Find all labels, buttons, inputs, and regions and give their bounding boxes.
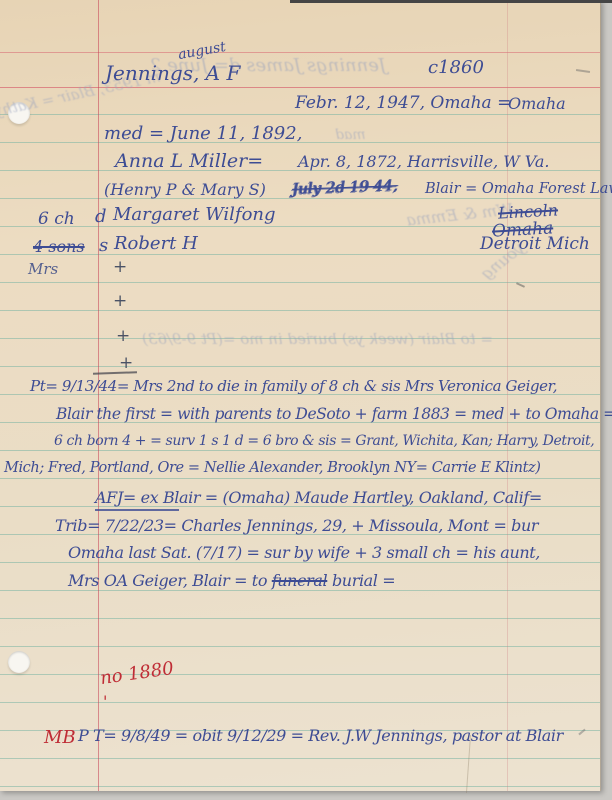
birth-circa: c1860 [428,58,484,78]
scan-edge-shadow [290,0,612,3]
obit-line: P T= 9/8/49 = obit 9/12/29 = Rev. J.W Je… [78,727,563,745]
notes-line-2: Blair the first = with parents to DeSoto… [56,406,612,423]
notes-line-6: Trib= 7/22/23= Charles Jennings, 29, + M… [55,517,538,535]
death-date-line: Febr. 12, 1947, Omaha = [295,94,511,113]
bleedthrough-mid-small: mad [335,128,366,143]
notes-line-3: 6 ch born 4 + = surv 1 s 1 d = 6 bro & s… [54,434,594,449]
plus-mark-3: + [116,327,130,346]
son-place: Detroit Mich [480,235,590,254]
plus-mark-4: + [119,354,133,373]
spouse-burial-line: Blair = Omaha Forest Lawn [425,182,612,198]
death-place-right: Omaha [508,95,566,113]
sons-note-struck: 4 sons [33,238,85,256]
underline-mark-afj [95,509,179,511]
plus-mark-2: + [113,292,127,311]
margin-note-mrs: Mrs [28,261,58,278]
spouse-name: Anna L Miller= [115,151,263,172]
son-prefix: s [99,236,108,256]
daughter-prefix: d [95,207,107,227]
spouse-parents: (Henry P & Mary S) [104,181,266,199]
spouse-birth-line: Apr. 8, 1872, Harrisville, W Va. [298,153,550,171]
notes-line-8-struck-word: funeral [272,571,328,590]
plus-mark-1: + [113,258,127,277]
son-name: Robert H [114,234,198,254]
scanned-document: Jennings James d= June 2 m 1953, Blair =… [0,0,612,800]
red-tick-mark: ' [103,693,107,711]
notes-line-8-prefix: Mrs OA Geiger, Blair = to [68,571,267,590]
spouse-death-overwritten: July 2d 19 44, [292,177,398,197]
head-rule-top [0,52,600,53]
punch-hole-bottom [8,651,30,673]
notes-line-8: Mrs OA Geiger, Blair = to funeral burial… [68,572,395,590]
initials-red: MB [44,728,76,748]
bleedthrough-center-line: = to Blair (week ys) buried in mo =(Pt 9… [142,331,493,348]
right-margin-line [507,0,508,791]
daughter-name: Margaret Wilfong [113,205,276,225]
notes-line-7: Omaha last Sat. (7/17) = sur by wife + 3… [68,544,540,562]
marriage-date-line: med = June 11, 1892, [104,124,302,144]
surname-entry: Jennings, A F [105,62,240,84]
notes-line-5: AFJ= ex Blair = (Omaha) Maude Hartley, O… [95,489,542,507]
children-count: 6 ch [38,210,75,229]
notes-line-4: Mich; Fred, Portland, Ore = Nellie Alexa… [4,461,541,477]
notes-line-1: Pt= 9/13/44= Mrs 2nd to die in family of… [30,378,557,395]
notes-line-8-suffix: burial = [332,571,395,590]
